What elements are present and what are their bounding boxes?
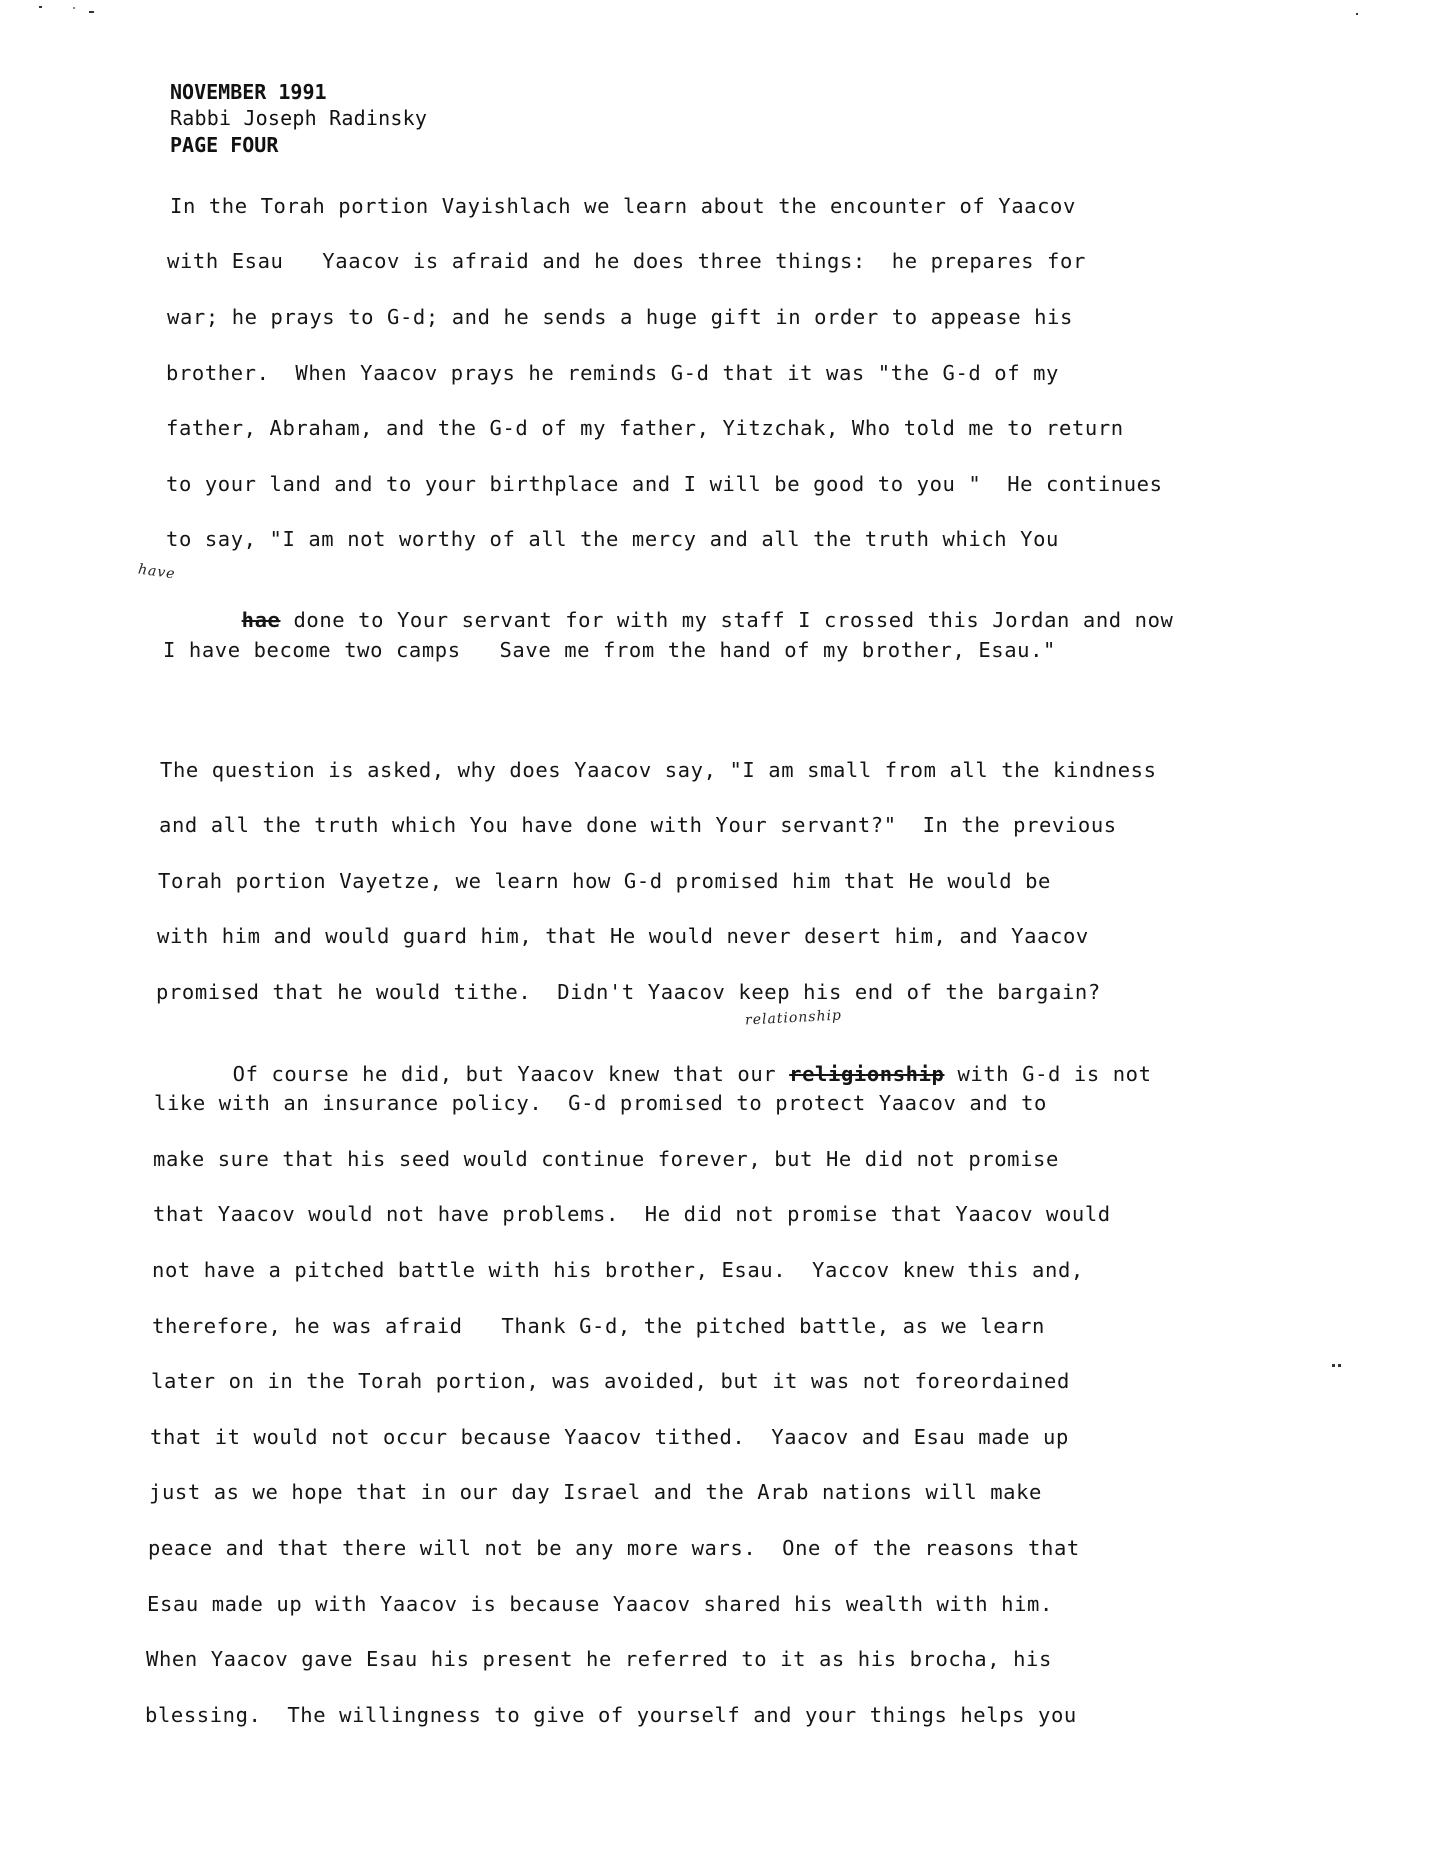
text-line: The question is asked, why does Yaacov s… <box>160 757 1157 783</box>
scan-speck <box>1332 1364 1335 1367</box>
text-line: not have a pitched battle with his broth… <box>152 1257 1084 1283</box>
scan-speck <box>1356 13 1358 15</box>
text-line: Esau made up with Yaacov is because Yaac… <box>147 1591 1053 1617</box>
header-author: Rabbi Joseph Radinsky <box>170 106 427 130</box>
text-line: When Yaacov gave Esau his present he ref… <box>146 1646 1052 1672</box>
text-line: that Yaacov would not have problems. He … <box>153 1201 1111 1227</box>
text-line: done to Your servant for with my staff I… <box>293 608 1173 632</box>
text-line: with him and would guard him, that He wo… <box>157 923 1089 949</box>
header-date: NOVEMBER 1991 <box>170 80 327 104</box>
text-line: and all the truth which You have done wi… <box>159 812 1117 838</box>
document-page: NOVEMBER 1991 Rabbi Joseph Radinsky PAGE… <box>0 0 1430 1851</box>
text-line: Torah portion Vayetze, we learn how G-d … <box>158 868 1051 894</box>
scan-speck <box>1338 1364 1341 1367</box>
handwritten-correction: have <box>137 561 176 582</box>
text-line: war; he prays to G-d; and he sends a hug… <box>167 304 1073 330</box>
text-fragment: Of course he did, but Yaacov knew that o… <box>233 1062 790 1086</box>
handwritten-correction: relationship <box>745 1007 843 1028</box>
text-line: like with an insurance policy. G-d promi… <box>154 1090 1047 1116</box>
struck-word: hae <box>242 608 281 632</box>
text-line: father, Abraham, and the G-d of my fathe… <box>166 415 1124 441</box>
text-line: peace and that there will not be any mor… <box>148 1535 1080 1561</box>
text-line: to say, "I am not worthy of all the merc… <box>166 526 1059 552</box>
text-line: to your land and to your birthplace and … <box>166 471 1163 497</box>
text-fragment: with G-d is not <box>957 1062 1151 1086</box>
text-line: that it would not occur because Yaacov t… <box>150 1424 1069 1450</box>
header-page: PAGE FOUR <box>170 133 278 157</box>
scan-speck <box>73 7 75 9</box>
text-line: blessing. The willingness to give of you… <box>145 1702 1077 1728</box>
text-line: with Esau Yaacov is afraid and he does t… <box>167 248 1086 274</box>
scan-speck <box>39 6 42 8</box>
struck-word: religionship <box>789 1062 944 1086</box>
text-line: make sure that his seed would continue f… <box>153 1146 1059 1172</box>
text-line: just as we hope that in our day Israel a… <box>149 1479 1042 1505</box>
text-line: brother. When Yaacov prays he reminds G-… <box>166 360 1059 386</box>
text-line: I have become two camps Save me from the… <box>163 637 1056 663</box>
scan-speck <box>89 11 94 13</box>
text-line: In the Torah portion Vayishlach we learn… <box>170 193 1076 219</box>
text-line: later on in the Torah portion, was avoid… <box>151 1368 1070 1394</box>
text-line: therefore, he was afraid Thank G-d, the … <box>152 1313 1045 1339</box>
text-line: promised that he would tithe. Didn't Yaa… <box>156 979 1101 1005</box>
